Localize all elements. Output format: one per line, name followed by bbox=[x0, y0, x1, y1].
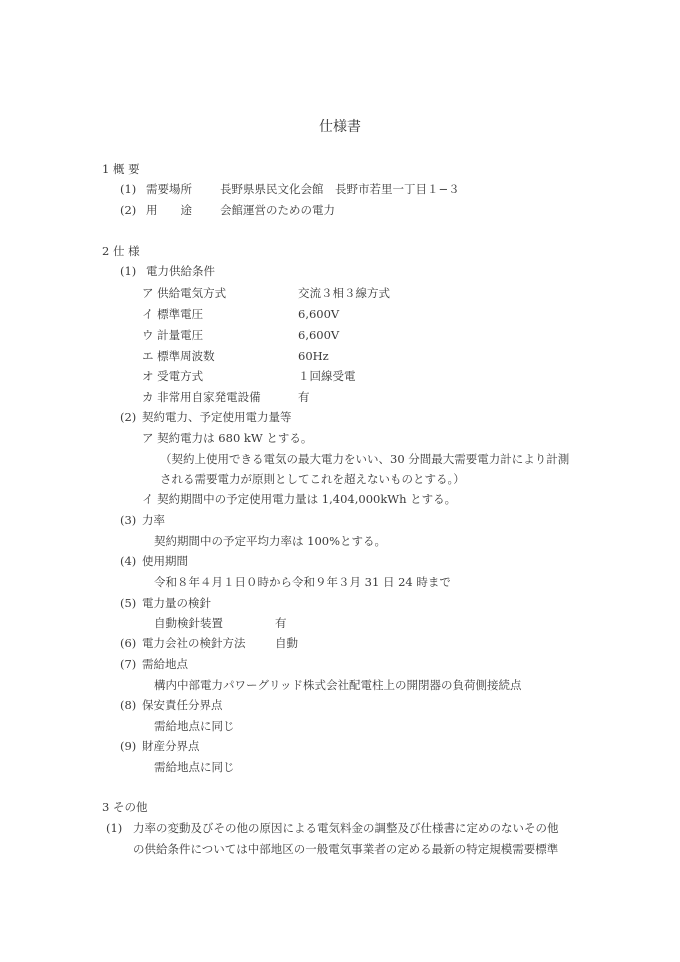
s1-item-1-num: (1) bbox=[120, 182, 136, 196]
s2-p4-text: 令和８年４月１日０時から令和９年３月 31 日 24 時まで bbox=[154, 575, 451, 589]
supply-row-value: 交流３相３線方式 bbox=[298, 286, 390, 300]
s2-p6-value: 自動 bbox=[275, 636, 298, 650]
s2-p3-num: (3) bbox=[120, 513, 136, 527]
section-2-heading: 2 仕 様 bbox=[102, 244, 140, 258]
s2-p8-text: 需給地点に同じ bbox=[154, 719, 235, 733]
s2-p2-num: (2) bbox=[120, 410, 136, 424]
s2-p7-text: 構内中部電力パワーグリッド株式会社配電柱上の開閉器の負荷側接続点 bbox=[154, 678, 522, 692]
supply-row-value: 6,600V bbox=[298, 328, 339, 342]
contract-power: ア 契約電力は 680 kW とする。 bbox=[142, 431, 312, 445]
supply-row-key: ア 供給電気方式 bbox=[142, 286, 226, 300]
supply-row-key: ウ 計量電圧 bbox=[142, 328, 203, 342]
s2-p7-num: (7) bbox=[120, 657, 136, 671]
s2-p8-num: (8) bbox=[120, 698, 136, 712]
s1-item-2-value: 会館運営のための電力 bbox=[220, 203, 335, 217]
s2-p4-label: 使用期間 bbox=[142, 554, 188, 568]
s1-item-1-label: 需要場所 bbox=[146, 182, 192, 196]
document-title: 仕様書 bbox=[319, 120, 361, 134]
s2-p9-text: 需給地点に同じ bbox=[154, 760, 235, 774]
supply-row-key: カ 非常用自家発電設備 bbox=[142, 390, 261, 404]
s2-p4-num: (4) bbox=[120, 554, 136, 568]
supply-row-value: １回線受電 bbox=[298, 369, 356, 383]
s2-p7-label: 需給地点 bbox=[142, 657, 188, 671]
s2-p5-label: 電力量の検針 bbox=[142, 596, 211, 610]
contract-note-1: （契約上使用できる電気の最大電力をいい、30 分間最大需要電力計により計測 bbox=[160, 452, 569, 466]
s3-p1-line1: 力率の変動及びその他の原因による電気料金の調整及び仕様書に定めのないその他 bbox=[133, 821, 559, 835]
s2-p6-num: (6) bbox=[120, 636, 136, 650]
s2-p2-label: 契約電力、予定使用電力量等 bbox=[142, 410, 292, 424]
section-1-heading: 1 概 要 bbox=[102, 162, 140, 176]
s1-item-2-label: 用 途 bbox=[146, 203, 192, 217]
supply-row-key: イ 標準電圧 bbox=[142, 307, 203, 321]
s2-p6-label: 電力会社の検針方法 bbox=[142, 636, 246, 650]
contract-note-2: される需要電力が原則としてこれを超えないものとする。） bbox=[160, 472, 465, 486]
supply-row-value: 60Hz bbox=[298, 349, 329, 363]
s2-p3-label: 力率 bbox=[142, 513, 165, 527]
s2-p1-num: (1) bbox=[120, 264, 136, 278]
s2-p8-label: 保安責任分界点 bbox=[142, 698, 223, 712]
s2-p5-num: (5) bbox=[120, 596, 136, 610]
s3-p1-num: (1) bbox=[106, 821, 122, 835]
s2-p9-num: (9) bbox=[120, 739, 136, 753]
supply-row-key: オ 受電方式 bbox=[142, 369, 203, 383]
supply-row-key: エ 標準周波数 bbox=[142, 349, 215, 363]
s1-item-2-num: (2) bbox=[120, 203, 136, 217]
s2-p3-text: 契約期間中の予定平均力率は 100%とする。 bbox=[154, 534, 386, 548]
planned-usage: イ 契約期間中の予定使用電力量は 1,404,000kWh とする。 bbox=[142, 492, 456, 506]
s2-p1-label: 電力供給条件 bbox=[146, 264, 215, 278]
s3-p1-line2: の供給条件については中部地区の一般電気事業者の定める最新の特定規模需要標準 bbox=[133, 842, 558, 856]
s2-p9-label: 財産分界点 bbox=[142, 739, 200, 753]
s1-item-1-value: 長野県県民文化会館 長野市若里一丁目１−３ bbox=[220, 182, 460, 196]
section-3-heading: 3 その他 bbox=[102, 800, 147, 814]
supply-row-value: 有 bbox=[298, 390, 310, 404]
supply-row-value: 6,600V bbox=[298, 307, 339, 321]
s2-p5-key: 自動検針装置 bbox=[154, 616, 223, 630]
s2-p5-value: 有 bbox=[275, 616, 287, 630]
